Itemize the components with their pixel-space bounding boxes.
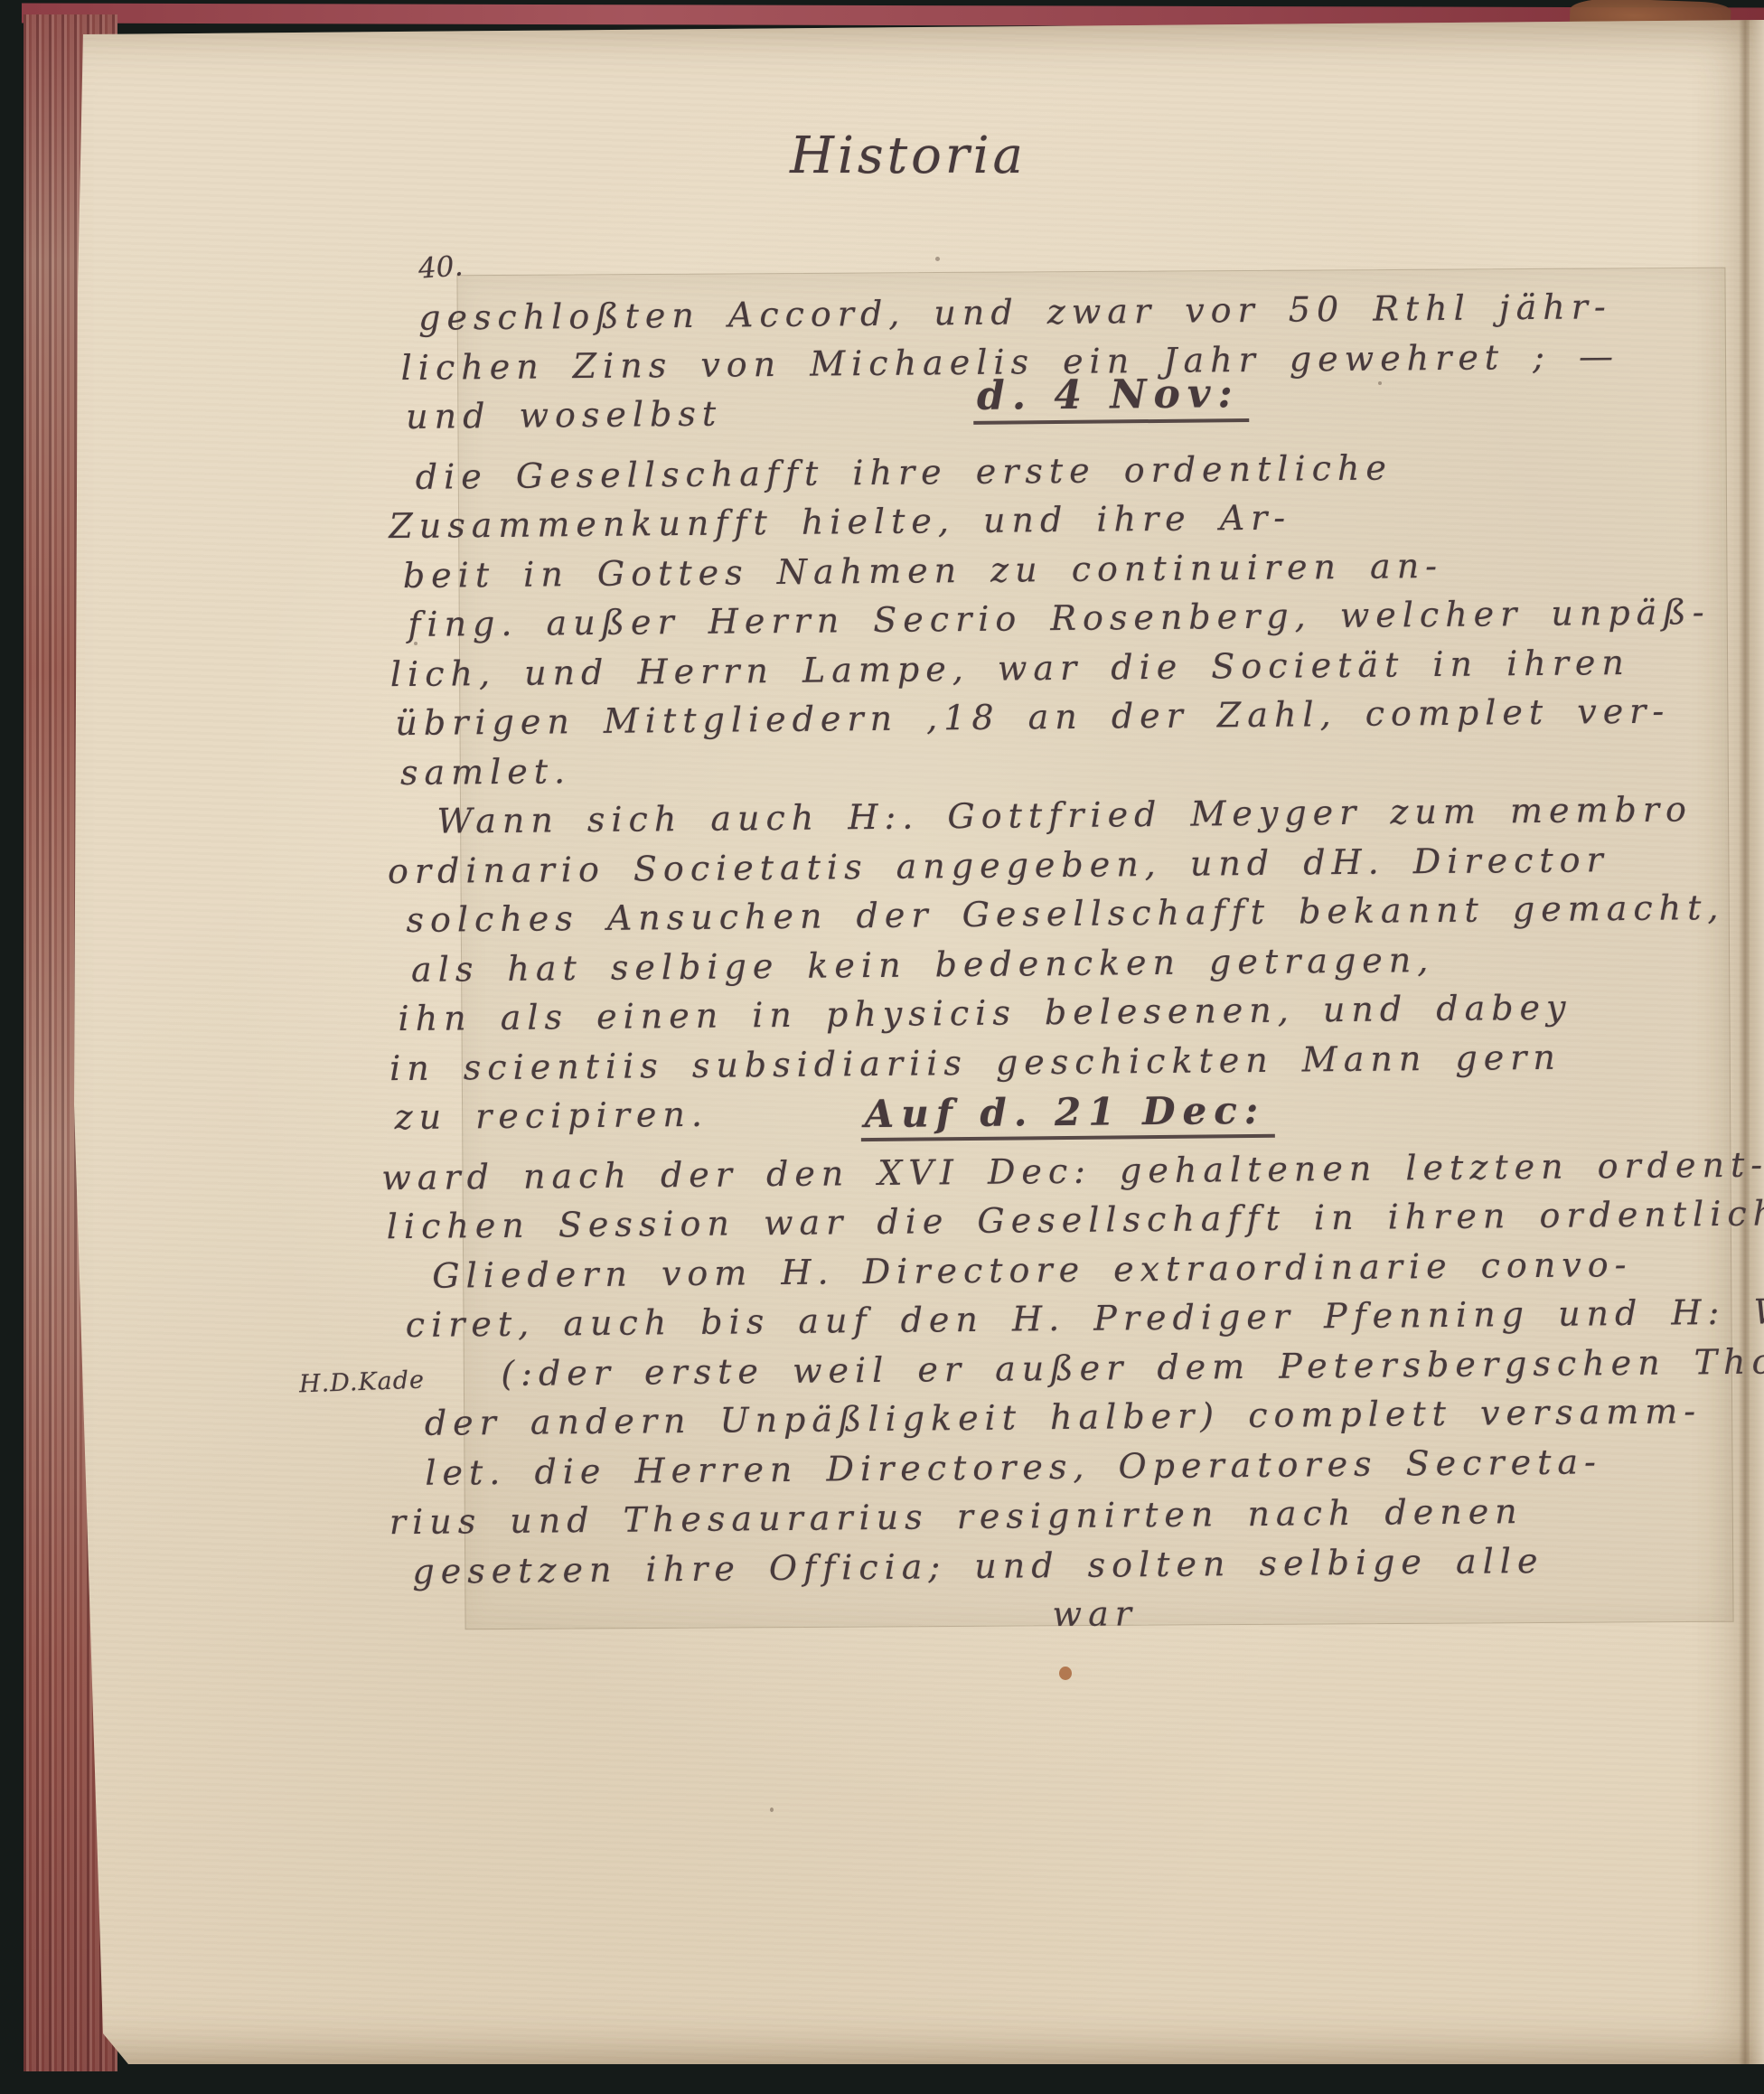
manuscript-text: d. 4 Nov: Auf d. 21 Dec: geschloßten Acc… (351, 281, 1764, 1646)
paper-speck (1378, 381, 1382, 385)
paper-speck (414, 642, 418, 645)
page-number: 40. (418, 249, 464, 285)
paper-speck (770, 1808, 774, 1812)
page-title: Historia (655, 127, 1161, 185)
manuscript-page: Historia 40. H.D.Kade d. 4 Nov: Auf d. 2… (27, 20, 1764, 2064)
paper-speck (935, 257, 940, 261)
book-scan: Historia 40. H.D.Kade d. 4 Nov: Auf d. 2… (0, 0, 1764, 2094)
date-heading-nov: d. 4 Nov: (973, 372, 1249, 425)
rust-stain (1059, 1667, 1072, 1680)
date-heading-dec: Auf d. 21 Dec: (860, 1090, 1274, 1142)
